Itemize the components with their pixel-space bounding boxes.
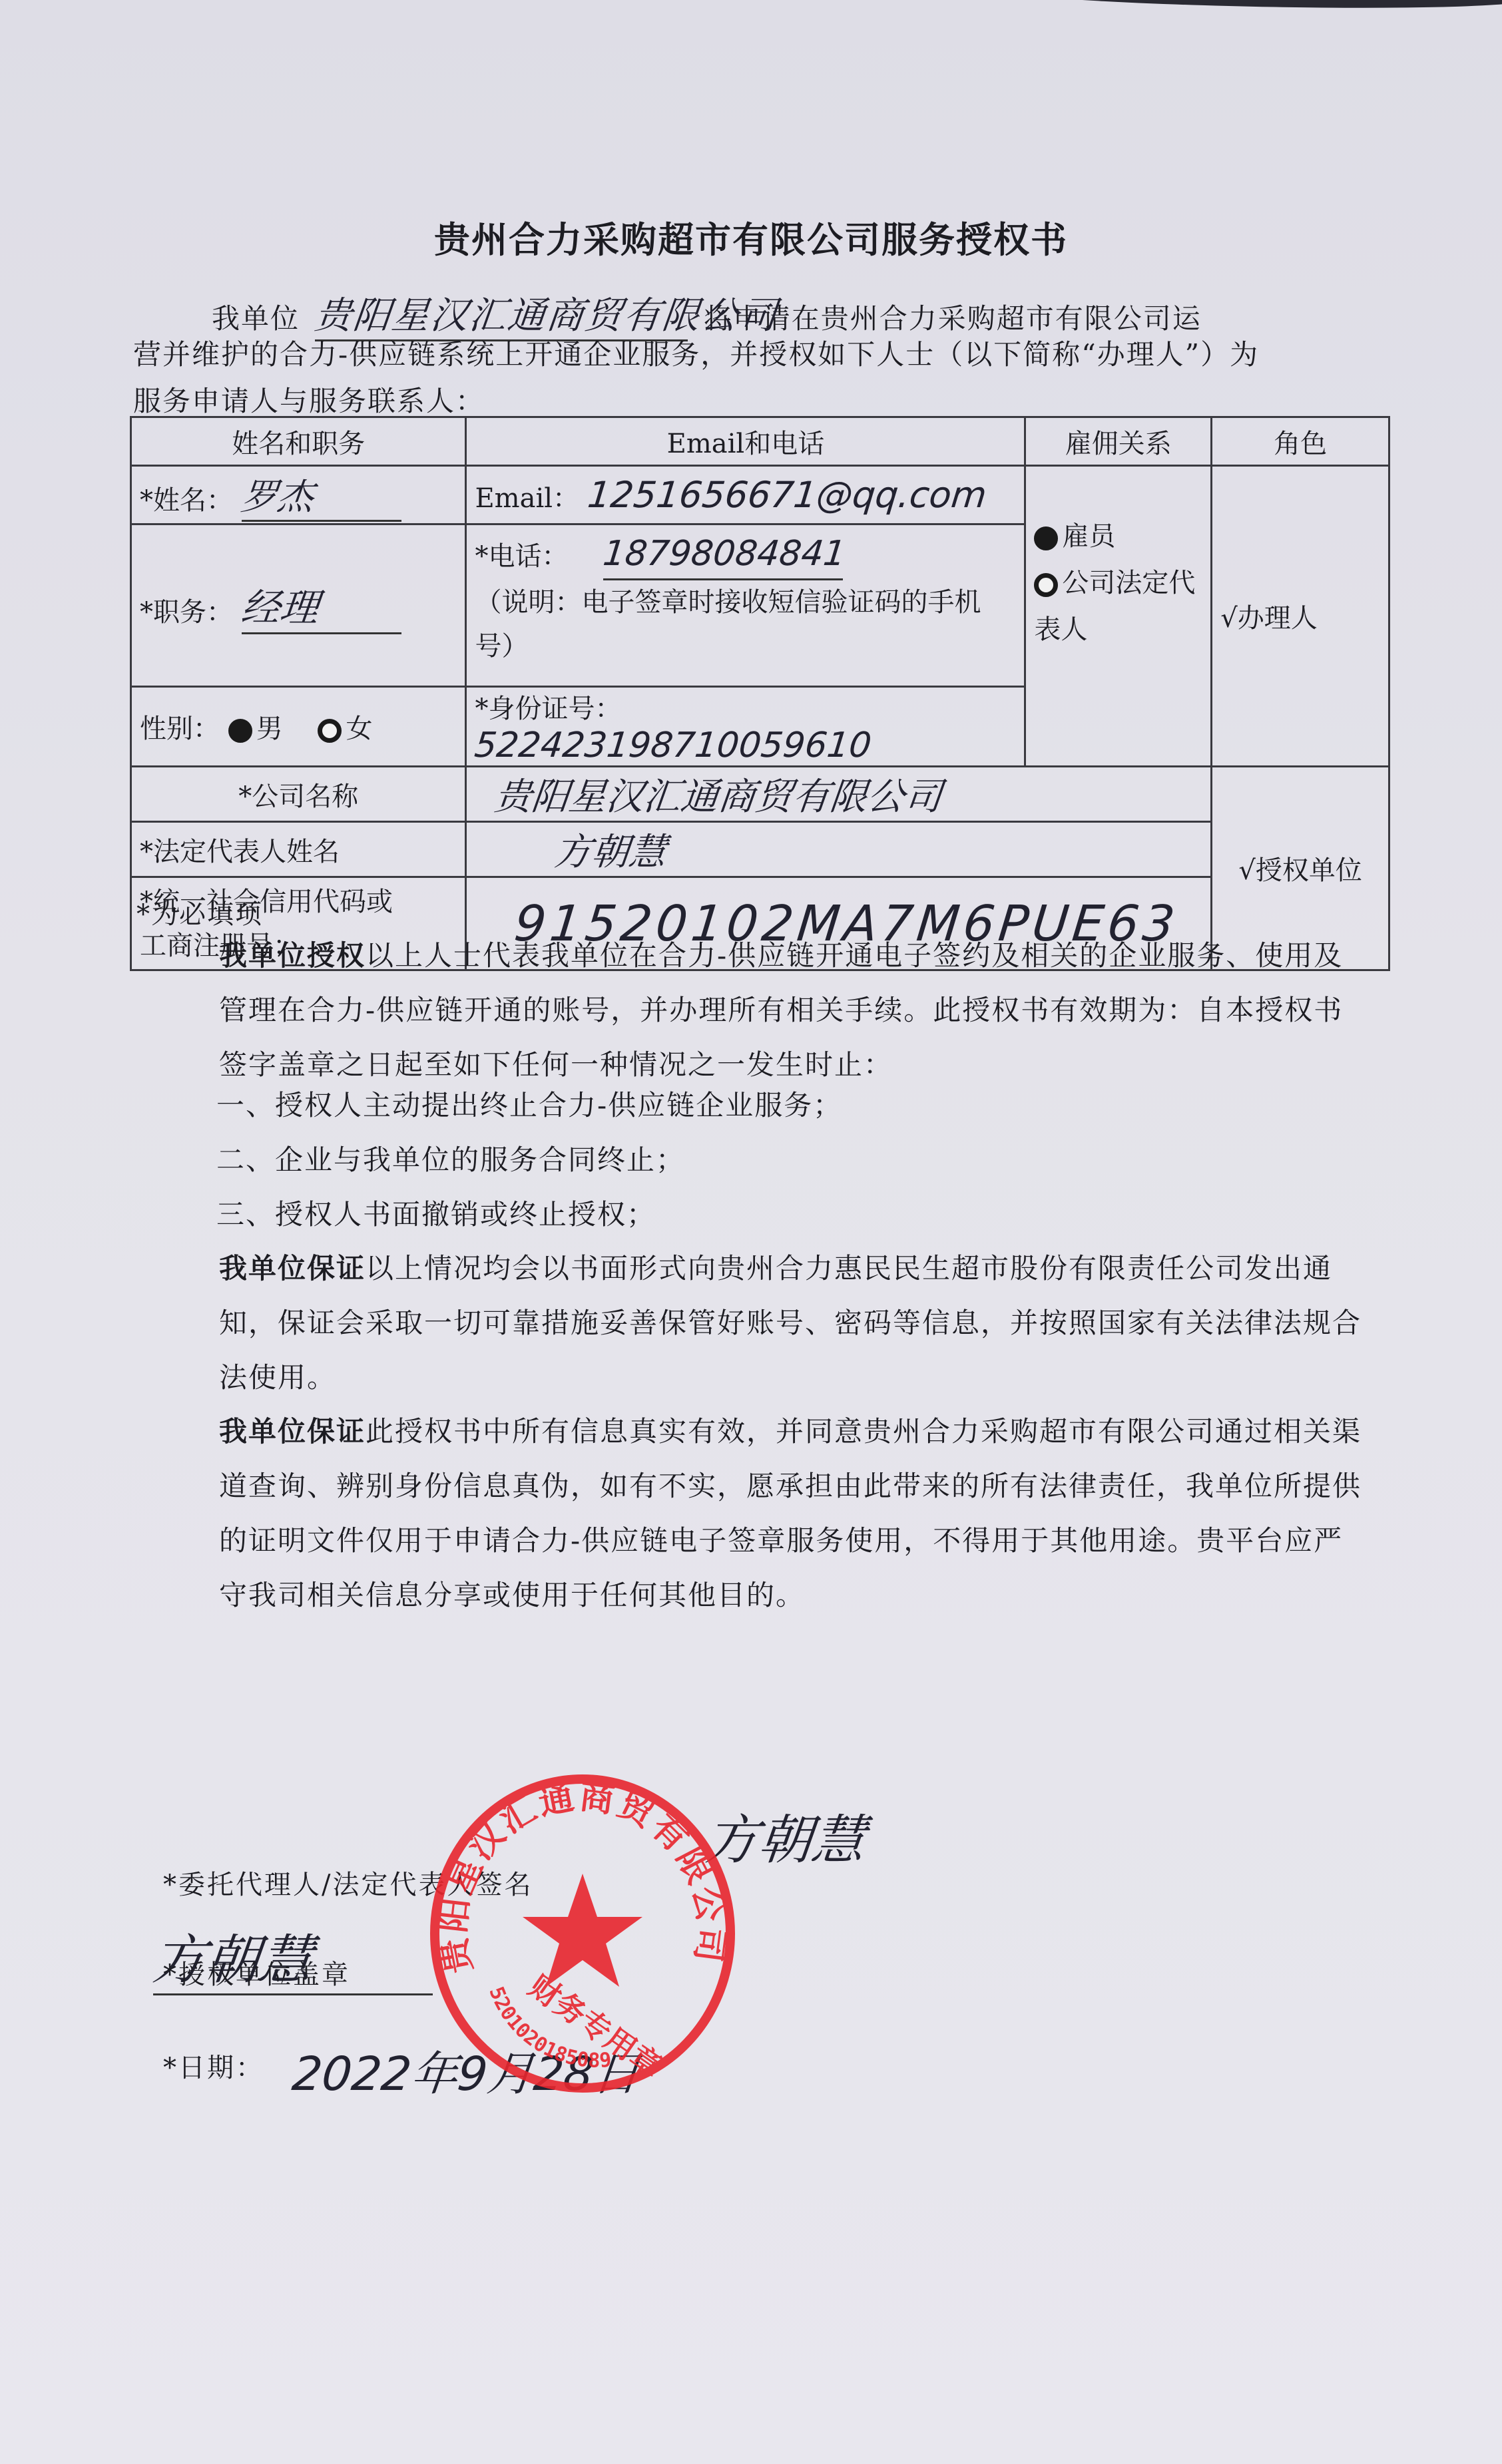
document-page: 贵州合力采购超市有限公司服务授权书 我单位 贵阳星汉汇通商贸有限公司 将申请在贵…: [0, 0, 1502, 2464]
authorization-table: 姓名和职务 Email和电话 雇佣关系 角色 *姓名： 罗杰 Email： 12…: [130, 416, 1390, 971]
radio-checked-icon: [228, 719, 252, 743]
name-value: 罗杰: [239, 469, 316, 520]
table-header-row: 姓名和职务 Email和电话 雇佣关系 角色: [131, 417, 1389, 466]
desk-edge: [983, 0, 1502, 13]
title-cell: *职务： 经理: [131, 524, 466, 687]
paragraph-guarantee-2: 我单位保证此授权书中所有信息真实有效，并同意贵州合力采购超市有限公司通过相关渠道…: [163, 1404, 1368, 1623]
employment-option-employee[interactable]: 雇员: [1034, 513, 1202, 560]
paragraph-guarantee-1: 我单位保证以上情况均会以书面形式向贵州合力惠民民生超市股份有限责任公司发出通知，…: [163, 1241, 1368, 1405]
required-note: *为必填项: [136, 893, 263, 931]
termination-list: 一、授权人主动提出终止合力-供应链企业服务； 二、企业与我单位的服务合同终止； …: [216, 1078, 1421, 1242]
document-title: 贵州合力采购超市有限公司服务授权书: [0, 212, 1502, 263]
phone-label: *电话：: [475, 541, 568, 572]
radio-unchecked-icon: [318, 719, 342, 743]
legal-rep-label: *法定代表人姓名: [131, 822, 466, 877]
role-cell-agent: √办理人: [1212, 466, 1389, 767]
radio-unchecked-icon: [1034, 573, 1058, 597]
role-agent: √办理人: [1220, 603, 1318, 634]
intro-prefix: 我单位: [212, 302, 300, 335]
list-item: 三、授权人书面撤销或终止授权；: [216, 1187, 1421, 1242]
company-handwritten: 贵阳星汉汇通商贸有限公司: [312, 286, 781, 339]
phone-field[interactable]: 18798084841: [603, 532, 843, 580]
paragraph-authorization: 我单位授权以上人士代表我单位在合力-供应链开通电子签约及相关的企业服务、使用及管…: [163, 928, 1368, 1092]
title-value: 经理: [238, 576, 322, 632]
email-cell: Email： 1251656671@qq.com: [466, 466, 1025, 524]
company-seal-icon: 贵阳星汉汇通商贸有限公司 财务专用章 5201020185089: [426, 1770, 739, 2097]
id-value[interactable]: 522423198710059610: [473, 725, 874, 765]
table-row: *公司名称 贵阳星汉汇通商贸有限公司 √授权单位: [131, 767, 1389, 822]
list-item: 一、授权人主动提出终止合力-供应链企业服务；: [216, 1078, 1421, 1133]
intro-line-3: 服务申请人与服务联系人：: [133, 379, 485, 419]
intro-line-2: 营并维护的合力-供应链系统上开通企业服务，并授权如下人士（以下简称“办理人”）为: [133, 333, 1259, 373]
name-label: *姓名：: [140, 485, 233, 516]
title-label: *职务：: [140, 597, 233, 628]
role-company: √授权单位: [1238, 855, 1362, 886]
legal-rep-cell: 方朝慧: [466, 822, 1212, 877]
company-name-value[interactable]: 贵阳星汉汇通商贸有限公司: [492, 767, 945, 821]
phone-value: 18798084841: [601, 532, 848, 576]
employment-option-legal-rep[interactable]: 公司法定代表人: [1034, 560, 1202, 653]
company-name-label: *公司名称: [131, 767, 466, 822]
header-email-phone: Email和电话: [466, 417, 1025, 466]
id-label: *身份证号：: [475, 694, 621, 724]
header-employment: 雇佣关系: [1025, 417, 1212, 466]
email-value[interactable]: 1251656671@qq.com: [585, 474, 988, 516]
employment-cell: 雇员 公司法定代表人: [1025, 466, 1212, 767]
radio-checked-icon: [1034, 526, 1058, 550]
date-label: *日期：: [163, 2047, 264, 2085]
company-name-cell: 贵阳星汉汇通商贸有限公司: [466, 767, 1212, 822]
title-field[interactable]: 经理: [242, 576, 401, 634]
seal-label: *授权单位盖章: [163, 1953, 350, 1991]
id-cell: *身份证号： 522423198710059610: [466, 687, 1025, 767]
name-cell: *姓名： 罗杰: [131, 466, 466, 524]
gender-label: 性别：: [140, 714, 220, 744]
legal-rep-value[interactable]: 方朝慧: [552, 823, 669, 876]
table-row: *法定代表人姓名 方朝慧: [131, 822, 1389, 877]
name-field[interactable]: 罗杰: [242, 469, 401, 522]
gender-option-female[interactable]: 女: [318, 714, 372, 744]
email-label: Email：: [475, 483, 579, 514]
list-item: 二、企业与我单位的服务合同终止；: [216, 1133, 1421, 1187]
phone-cell: *电话： 18798084841 （说明：电子签章时接收短信验证码的手机号）: [466, 524, 1025, 687]
table-row: *姓名： 罗杰 Email： 1251656671@qq.com 雇员 公司法定…: [131, 466, 1389, 524]
gender-option-male[interactable]: 男: [228, 714, 283, 744]
header-name-title: 姓名和职务: [131, 417, 466, 466]
header-role: 角色: [1212, 417, 1389, 466]
gender-cell: 性别： 男 女: [131, 687, 466, 767]
phone-note: （说明：电子签章时接收短信验证码的手机号）: [475, 580, 1016, 668]
